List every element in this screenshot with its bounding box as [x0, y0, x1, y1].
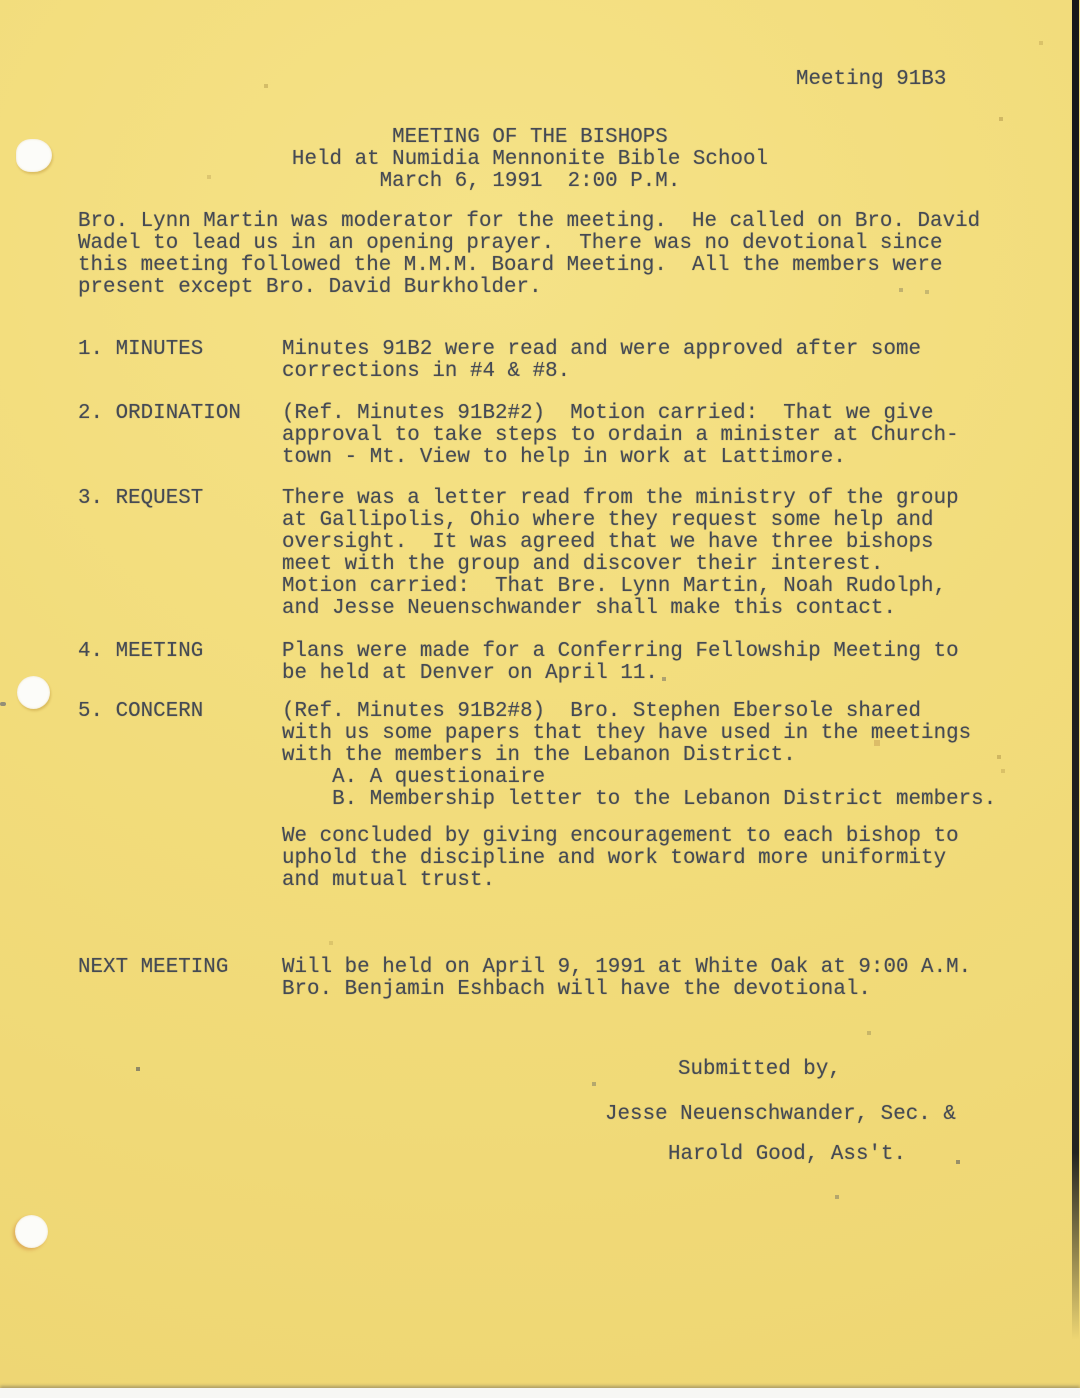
intro-paragraph: Bro. Lynn Martin was moderator for the m…: [78, 211, 980, 299]
agenda-item-body: Minutes 91B2 were read and were approved…: [282, 339, 921, 383]
agenda-item-body: (Ref. Minutes 91B2#2) Motion carried: Th…: [282, 403, 959, 469]
punch-hole-middle: [17, 676, 50, 709]
punch-hole-bottom: [15, 1215, 48, 1248]
agenda-item-body: Plans were made for a Conferring Fellows…: [282, 641, 959, 685]
next-meeting-body: Will be held on April 9, 1991 at White O…: [282, 957, 971, 1001]
agenda-item-label: 1. MINUTES: [78, 339, 203, 361]
concern-conclusion-paragraph: We concluded by giving encouragement to …: [282, 826, 959, 892]
signature-secretary: Jesse Neuenschwander, Sec. &: [605, 1104, 956, 1126]
paper-speckles: [0, 0, 2, 2]
agenda-item-body: (Ref. Minutes 91B2#8) Bro. Stephen Ebers…: [282, 701, 996, 811]
next-meeting-label: NEXT MEETING: [78, 957, 228, 979]
signature-submitted-by: Submitted by,: [678, 1059, 841, 1081]
document-title-block: MEETING OF THE BISHOPS Held at Numidia M…: [50, 127, 1010, 193]
signature-assistant: Harold Good, Ass't.: [668, 1144, 906, 1166]
scanned-page: Meeting 91B3 MEETING OF THE BISHOPS Held…: [0, 0, 1080, 1398]
agenda-item-label: 4. MEETING: [78, 641, 203, 663]
meeting-ref: Meeting 91B3: [796, 69, 946, 91]
agenda-item-body: There was a letter read from the ministr…: [282, 488, 959, 620]
punch-hole-top: [16, 139, 52, 172]
agenda-item-label: 2. ORDINATION: [78, 403, 241, 425]
agenda-item-label: 3. REQUEST: [78, 488, 203, 510]
left-edge-mark: [0, 702, 6, 706]
agenda-item-label: 5. CONCERN: [78, 701, 203, 723]
scan-bottom-edge: [0, 1388, 1080, 1398]
scan-right-edge-shadow: [1072, 0, 1079, 1340]
paper-sheet: Meeting 91B3 MEETING OF THE BISHOPS Held…: [0, 0, 1080, 1390]
